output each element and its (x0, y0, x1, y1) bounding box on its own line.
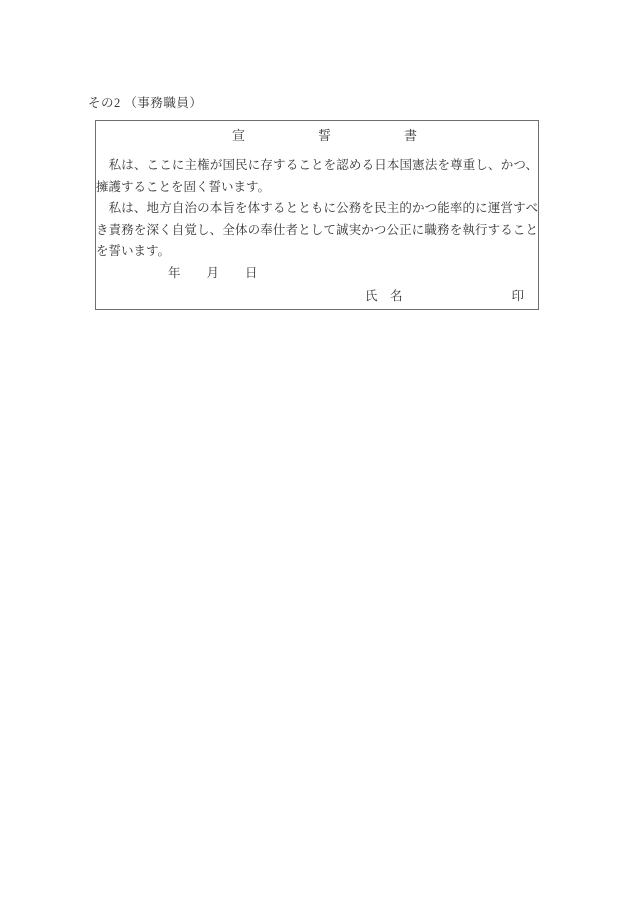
oath-form-box: 宣 誓 書 私は、ここに主権が国民に存することを認める日本国憲法を尊重し、かつ、… (95, 120, 539, 310)
name-label: 氏 名 (365, 286, 403, 308)
seal-label: 印 (512, 286, 525, 308)
date-line: 年 月 日 (168, 263, 538, 285)
oath-title-char-1: 宣 (232, 125, 245, 146)
oath-title-char-2: 誓 (318, 125, 331, 146)
oath-paragraph1-line2: 擁護することを固く誓います。 (96, 177, 538, 199)
oath-title-char-3: 書 (404, 125, 417, 146)
oath-paragraph2-line3: を誓います。 (96, 241, 538, 263)
oath-body-text: 私は、ここに主権が国民に存することを認める日本国憲法を尊重し、かつ、 擁護するこ… (96, 155, 538, 263)
form-variant-heading: その2 （事務職員） (88, 96, 202, 111)
oath-paragraph1-line1: 私は、ここに主権が国民に存することを認める日本国憲法を尊重し、かつ、 (96, 155, 538, 177)
oath-title: 宣 誓 書 (232, 125, 538, 146)
oath-paragraph2-line1: 私は、地方自治の本旨を体するとともに公務を民主的かつ能率的に運営すべ (96, 198, 538, 220)
year-label: 年 (168, 263, 181, 285)
month-label: 月 (207, 263, 220, 285)
oath-paragraph2-line2: き責務を深く自覚し、全体の奉仕者として誠実かつ公正に職務を執行すること (96, 220, 538, 242)
name-seal-line: 氏 名 印 (365, 286, 538, 308)
document-page: その2 （事務職員） 宣 誓 書 私は、ここに主権が国民に存することを認める日本… (0, 0, 630, 915)
day-label: 日 (245, 263, 258, 285)
